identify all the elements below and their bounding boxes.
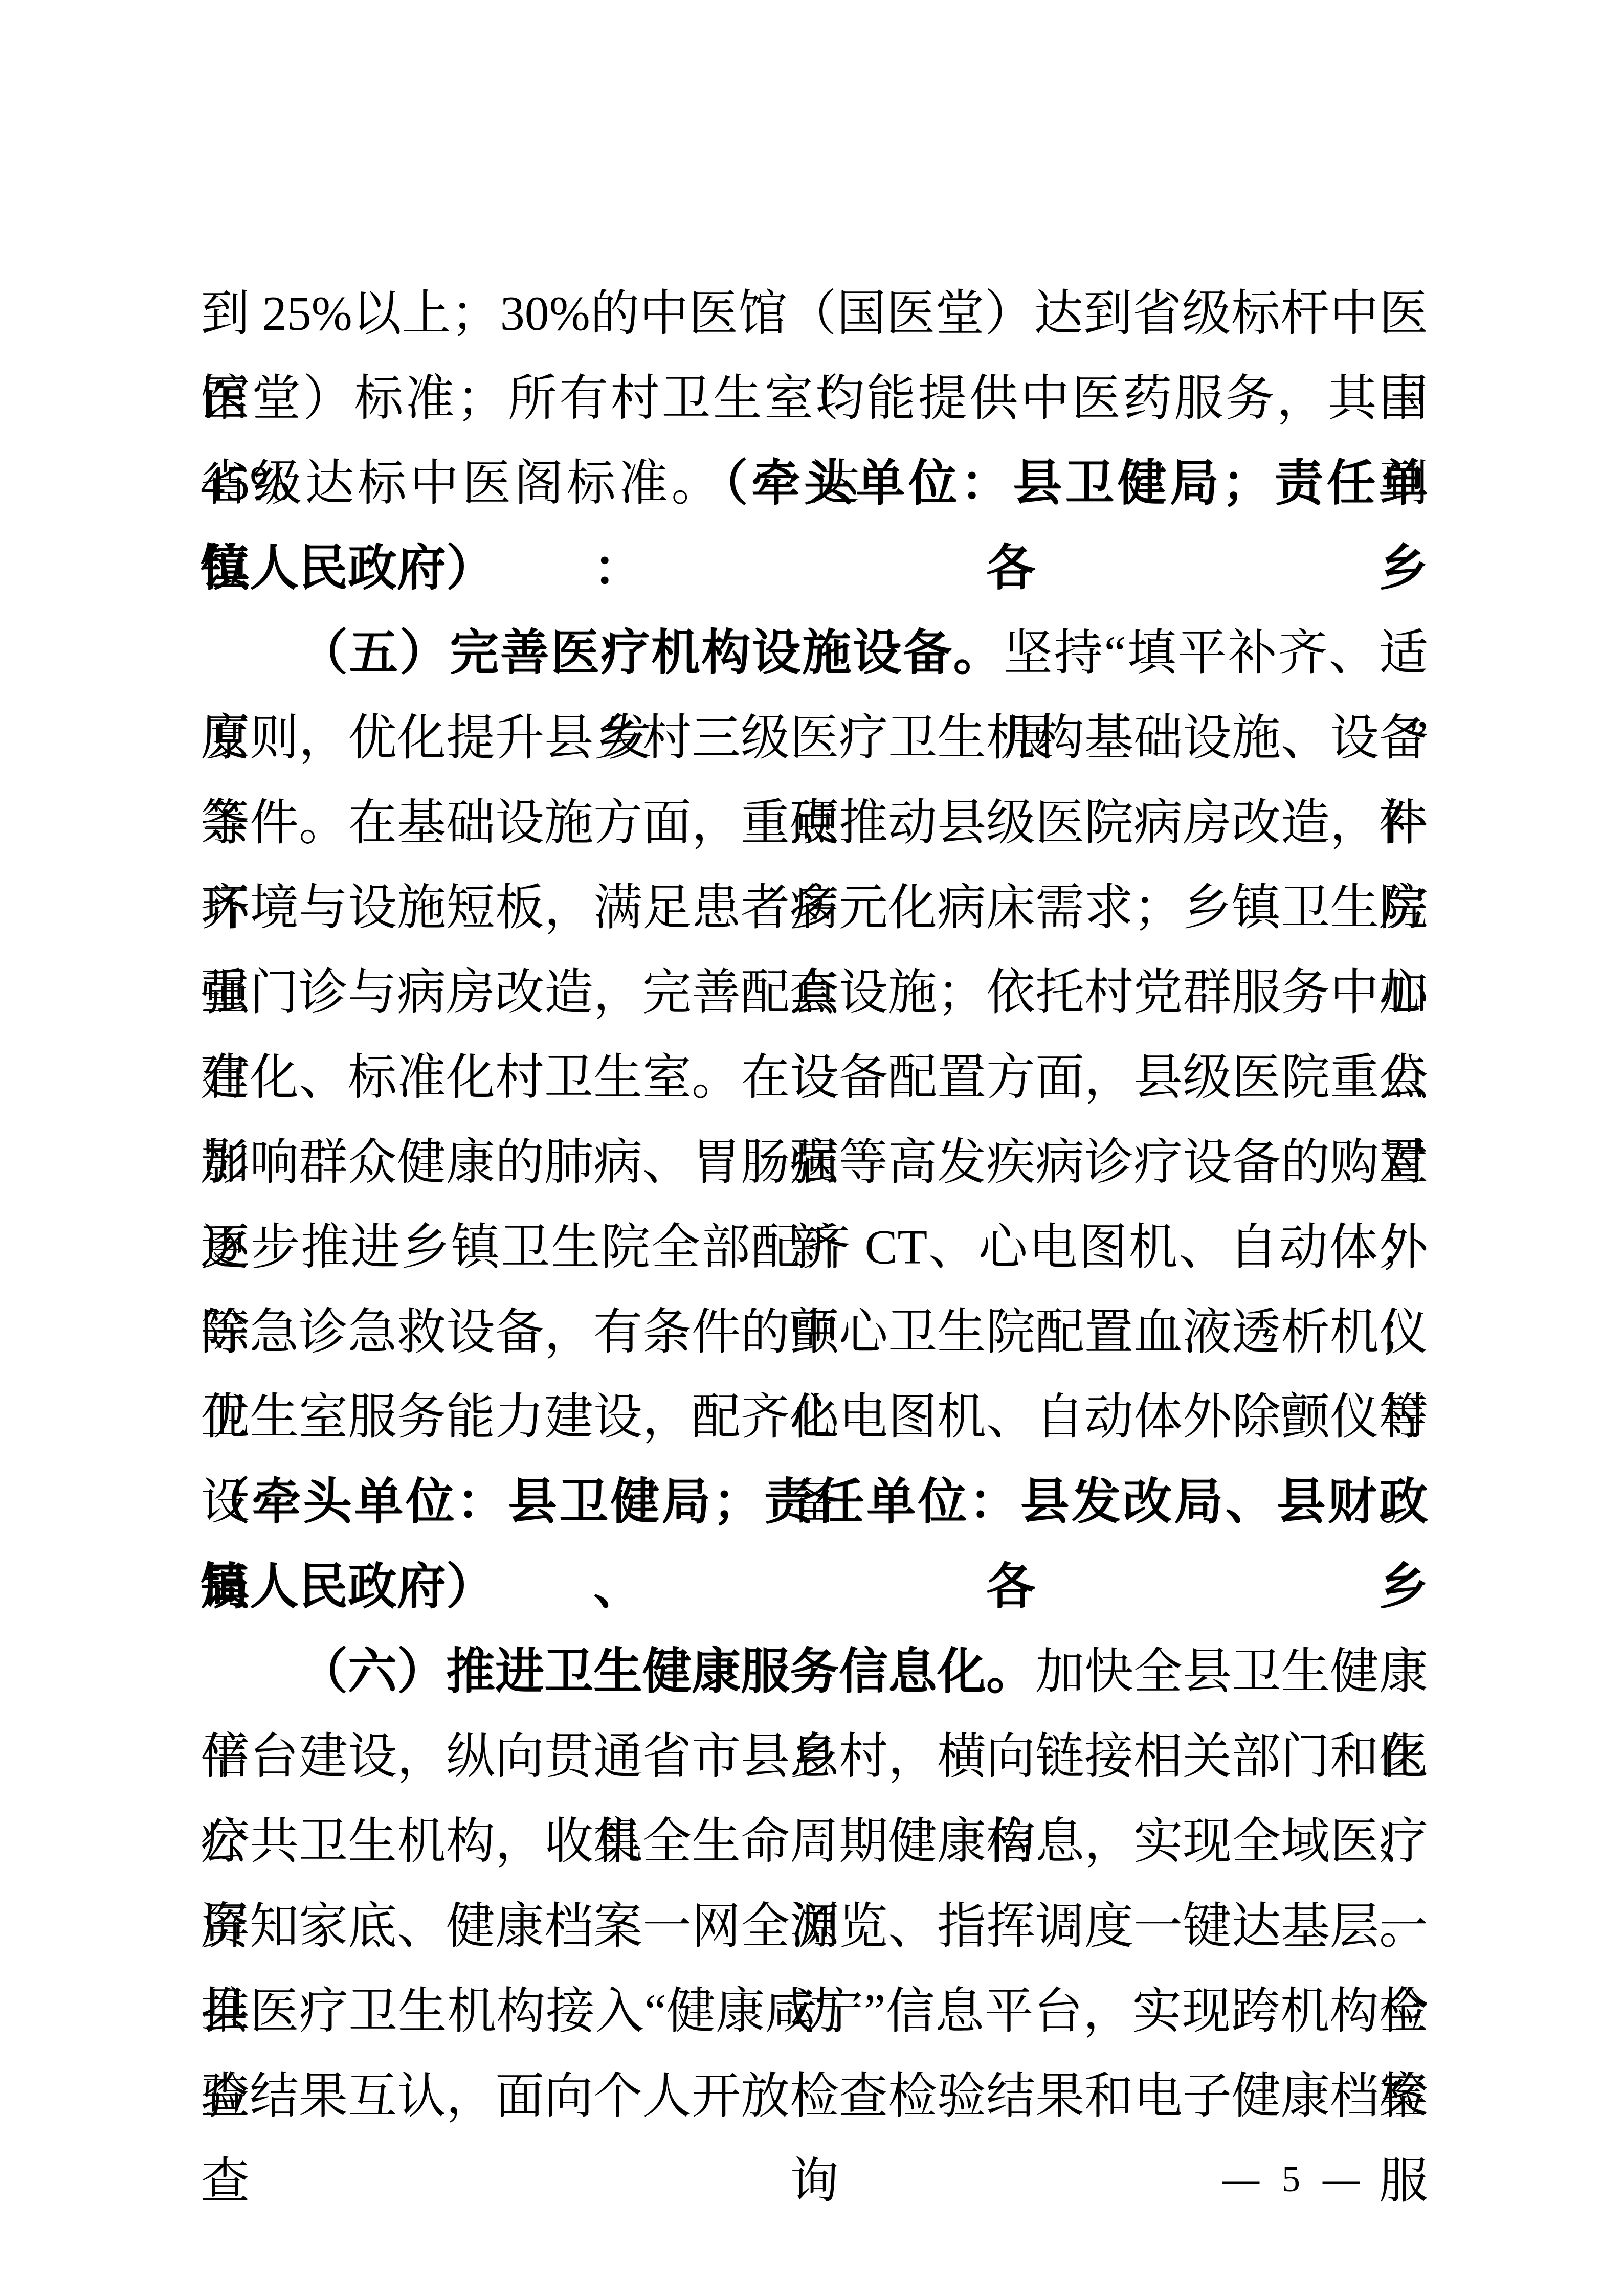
- text-line: 到 25%以上；30%的中医馆（国医堂）达到省级标杆中医馆（国: [201, 271, 1428, 356]
- body-text: 省级达标中医阁标准。: [201, 456, 724, 510]
- text-line: 有化、标准化村卫生室。在设备配置方面，县级医院重点加强对: [201, 1035, 1428, 1120]
- page-number: — 5 —: [1222, 2160, 1360, 2197]
- text-line: 原则，优化提升县乡村三级医疗卫生机构基础设施、设备等硬件: [201, 695, 1428, 780]
- text-line: 平台建设，纵向贯通省市县乡村，横向链接相关部门和医疗机构、: [201, 1714, 1428, 1799]
- document-page: 到 25%以上；30%的中医馆（国医堂）达到省级标杆中医馆（国医堂）标准；所有村…: [0, 0, 1624, 2296]
- text-line: 县医疗卫生机构接入“健康咸宁”信息平台，实现跨机构检查检: [201, 1969, 1428, 2054]
- paragraph-2: （五）完善医疗机构设施设备。坚持“填平补齐、适度发展”原则，优化提升县乡村三级医…: [201, 611, 1428, 1629]
- emphasis-text: （六）推进卫生健康服务信息化。: [299, 1644, 1035, 1699]
- text-line: 条件。在基础设施方面，重点推动县级医院病房改造，补齐病房: [201, 780, 1428, 865]
- text-line: 公共卫生机构，收集全生命周期健康信息，实现全域医疗资源一: [201, 1799, 1428, 1884]
- text-line: （五）完善医疗机构设施设备。坚持“填平补齐、适度发展”: [201, 611, 1428, 695]
- text-line: （六）推进卫生健康服务信息化。加快全县卫生健康信息化: [201, 1629, 1428, 1714]
- emphasis-text: （五）完善医疗机构设施设备。: [299, 625, 1004, 680]
- text-line: 逐步推进乡镇卫生院全部配齐 CT、心电图机、自动体外除颤仪: [201, 1205, 1428, 1290]
- emphasis-text: 镇人民政府）: [201, 541, 495, 595]
- text-line: 等急诊急救设备，有条件的中心卫生院配置血液透析机；优化村: [201, 1290, 1428, 1375]
- text-line: （牵头单位：县卫健局；责任单位：县发改局、县财政局、各乡: [201, 1459, 1428, 1544]
- emphasis-text: 镇人民政府）: [201, 1559, 495, 1614]
- text-line: 屏知家底、健康档案一网全浏览、指挥调度一键达基层。推动全: [201, 1884, 1428, 1969]
- text-line: 影响群众健康的肺病、胃肠病等高发疾病诊疗设备的购置更新；: [201, 1120, 1428, 1205]
- text-line: 医堂）标准；所有村卫生室均能提供中医药服务，其中 45%达到: [201, 356, 1428, 441]
- text-line: 验结果互认，面向个人开放检查检验结果和电子健康档案查询服: [201, 2054, 1428, 2139]
- text-line: 强门诊与病房改造，完善配套设施；依托村党群服务中心建设公: [201, 950, 1428, 1035]
- text-line: 卫生室服务能力建设，配齐心电图机、自动体外除颤仪等设备。: [201, 1375, 1428, 1459]
- text-line: 环境与设施短板，满足患者多元化病床需求；乡镇卫生院重点加: [201, 865, 1428, 950]
- paragraph-3: （六）推进卫生健康服务信息化。加快全县卫生健康信息化平台建设，纵向贯通省市县乡村…: [201, 1629, 1428, 2139]
- paragraph-1: 到 25%以上；30%的中医馆（国医堂）达到省级标杆中医馆（国医堂）标准；所有村…: [201, 271, 1428, 611]
- document-body: 到 25%以上；30%的中医馆（国医堂）达到省级标杆中医馆（国医堂）标准；所有村…: [201, 271, 1428, 2139]
- text-line: 省级达标中医阁标准。（牵头单位：县卫健局；责任单位：各乡: [201, 441, 1428, 526]
